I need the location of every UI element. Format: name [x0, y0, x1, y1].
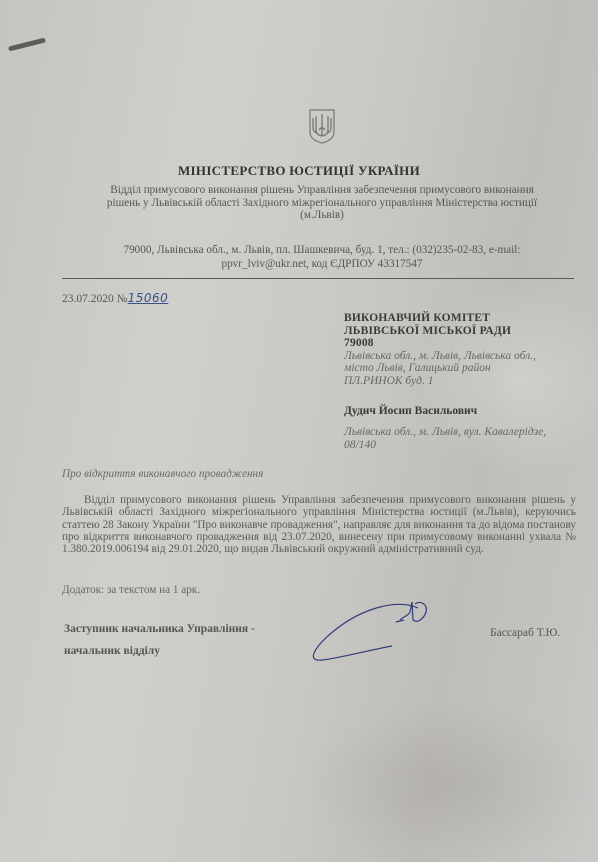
letter-date: 23.07.2020 — [62, 293, 114, 305]
department-name: Відділ примусового виконання рішень Упра… — [68, 184, 576, 222]
position-line: Заступник начальника Управління - — [64, 618, 255, 640]
debtor-name: Дудич Йосип Васильович — [344, 405, 584, 418]
letter-page: МІНІСТЕРСТВО ЮСТИЦІЇ УКРАЇНИ Відділ прим… — [0, 0, 598, 862]
recipient-org-line: ЛЬВІВСЬКОЇ МІСЬКОЇ РАДИ — [344, 325, 584, 338]
number-sign: № — [117, 293, 128, 305]
recipient-address-line: місто Львів, Галицький район — [344, 362, 584, 375]
department-line: (м.Львів) — [68, 209, 576, 222]
debtor-address-line: Львівська обл., м. Львів, вул. Кавалерід… — [344, 426, 584, 439]
recipient-org-line: ВИКОНАВЧИЙ КОМІТЕТ — [344, 312, 584, 325]
handwritten-signature-icon — [300, 590, 450, 670]
recipient-block: ВИКОНАВЧИЙ КОМІТЕТ ЛЬВІВСЬКОЇ МІСЬКОЇ РА… — [344, 312, 584, 388]
signatory-position: Заступник начальника Управління - началь… — [64, 618, 255, 662]
signatory-name: Бассараб Т.Ю. — [490, 627, 560, 639]
recipient-address-line: Львівська обл., м. Львів, Львівська обл.… — [344, 350, 584, 363]
date-and-number: 23.07.2020 №15060 — [62, 291, 168, 305]
ministry-title: МІНІСТЕРСТВО ЮСТИЦІЇ УКРАЇНИ — [0, 163, 598, 179]
address-line: ppvr_lviv@ukr.net, код ЄДРПОУ 43317547 — [68, 258, 576, 272]
trident-coat-of-arms-icon — [308, 108, 336, 144]
department-line: Відділ примусового виконання рішень Упра… — [68, 184, 576, 197]
debtor-address-line: 08/140 — [344, 439, 584, 452]
recipient-address-line: ПЛ.РИНОК буд. 1 — [344, 375, 584, 388]
position-line: начальник відділу — [64, 640, 255, 662]
sender-address: 79000, Львівська обл., м. Львів, пл. Шаш… — [68, 244, 576, 271]
attachment-note: Додаток: за текстом на 1 арк. — [62, 584, 200, 596]
recipient-postcode: 79008 — [344, 337, 584, 350]
address-line: 79000, Львівська обл., м. Львів, пл. Шаш… — [68, 244, 576, 258]
registration-number: 15060 — [128, 291, 169, 305]
letter-body: Відділ примусового виконання рішень Упра… — [62, 494, 576, 555]
header-divider — [62, 278, 574, 279]
letter-subject: Про відкриття виконавчого провадження — [62, 468, 263, 480]
department-line: рішень у Львівській області Західного мі… — [68, 197, 576, 210]
debtor-block: Дудич Йосип Васильович Львівська обл., м… — [344, 405, 584, 452]
